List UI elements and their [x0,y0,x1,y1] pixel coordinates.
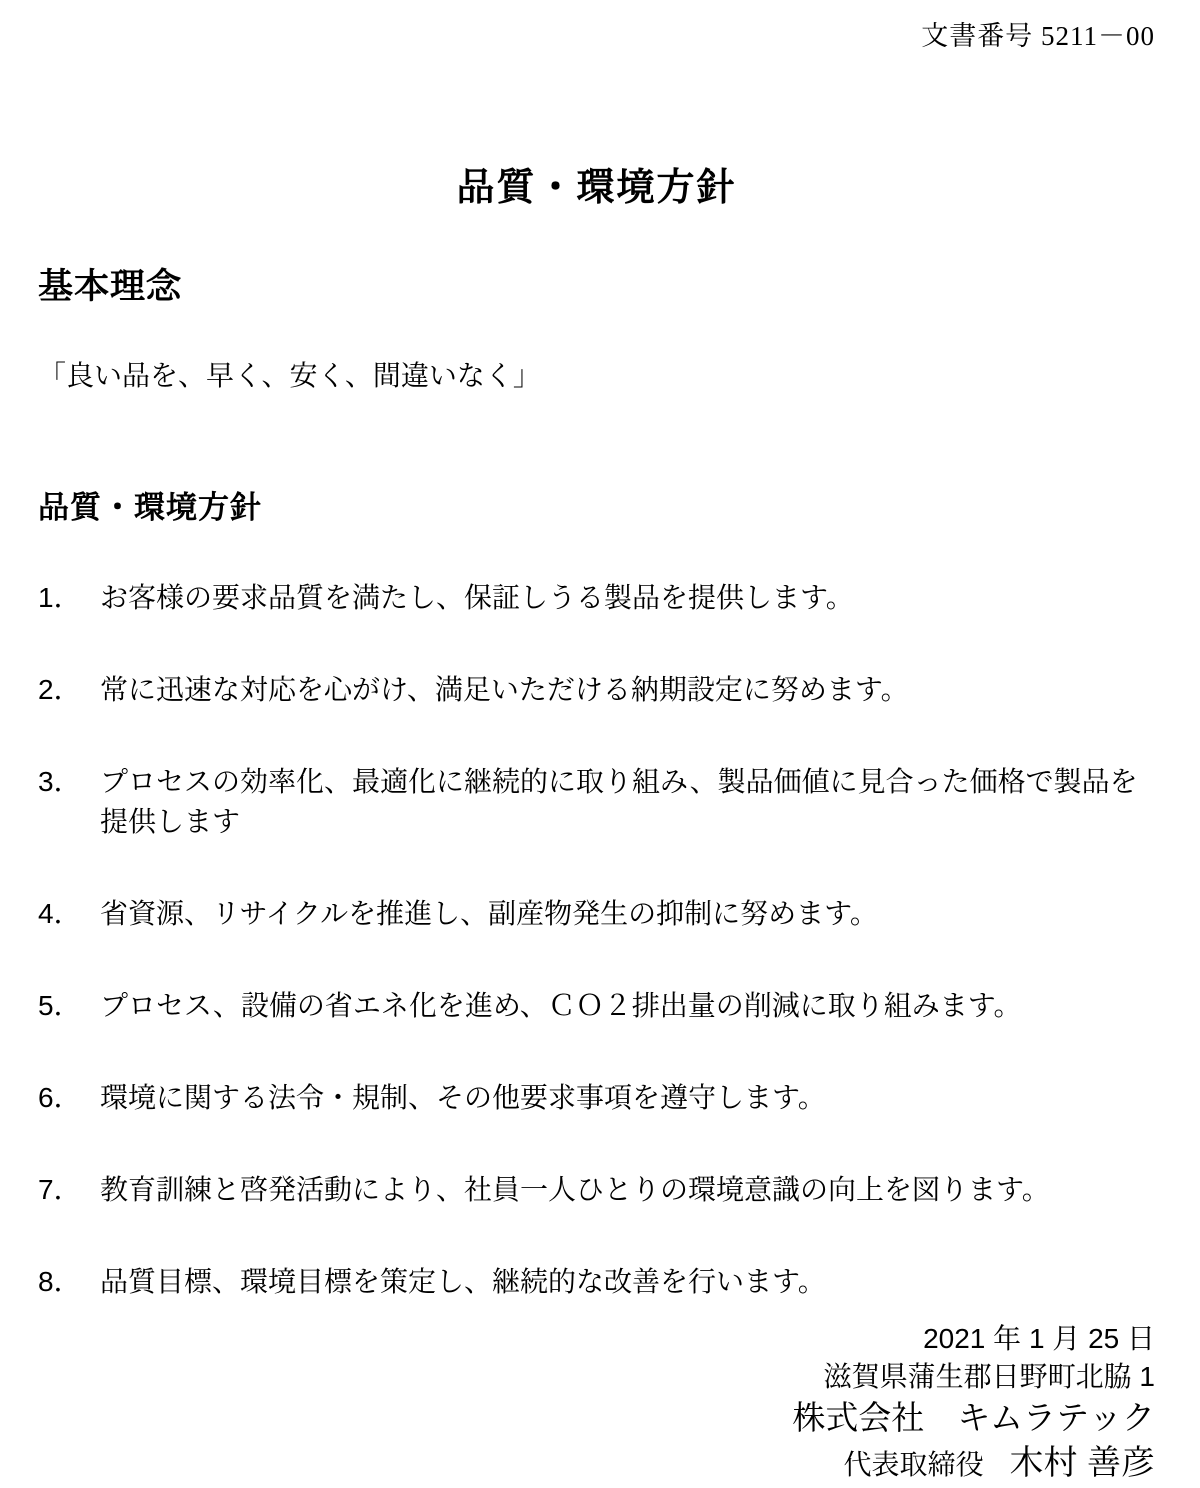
company-address: 滋賀県蒲生郡日野町北脇 1 [38,1358,1155,1396]
representative-name: 木村 善彦 [1010,1444,1155,1482]
representative-line: 代表取締役木村 善彦 [38,1440,1155,1488]
policy-item-3: 3． プロセスの効率化、最適化に継続的に取り組み、製品価値に見合った価格で製品を… [38,762,1155,842]
policy-item-7: 7． 教育訓練と啓発活動により、社員一人ひとりの環境意識の向上を図ります。 [38,1170,1155,1210]
item-text: 常に迅速な対応を心がけ、満足いただける納期設定に努めます。 [100,670,1155,710]
doc-number: 文書番号 5211－00 [38,18,1155,54]
item-text: 品質目標、環境目標を策定し、継続的な改善を行います。 [100,1262,1155,1302]
item-text: プロセス、設備の省エネ化を進め、ＣＯ２排出量の削減に取り組みます。 [100,986,1155,1026]
policy-item-5: 5． プロセス、設備の省エネ化を進め、ＣＯ２排出量の削減に取り組みます。 [38,986,1155,1026]
company-name: 株式会社 キムラテック [38,1396,1155,1440]
policy-item-6: 6． 環境に関する法令・規制、その他要求事項を遵守します。 [38,1078,1155,1118]
item-number: 7． [38,1170,100,1210]
item-number: 4． [38,894,100,934]
item-number: 2． [38,670,100,710]
signature-block: 2021 年 1 月 25 日 滋賀県蒲生郡日野町北脇 1 株式会社 キムラテッ… [38,1320,1155,1488]
policy-item-1: 1． お客様の要求品質を満たし、保証しうる製品を提供します。 [38,578,1155,618]
document-date: 2021 年 1 月 25 日 [38,1320,1155,1358]
item-number: 6． [38,1078,100,1118]
item-text: プロセスの効率化、最適化に継続的に取り組み、製品価値に見合った価格で製品を提供し… [100,762,1155,842]
item-number: 3． [38,762,100,802]
policy-item-2: 2． 常に迅速な対応を心がけ、満足いただける納期設定に努めます。 [38,670,1155,710]
document-page: 文書番号 5211－00 品質・環境方針 基本理念 「良い品を、早く、安く、間違… [0,0,1200,1488]
philosophy-heading: 基本理念 [38,262,1155,312]
policy-item-8: 8． 品質目標、環境目標を策定し、継続的な改善を行います。 [38,1262,1155,1302]
item-text: 環境に関する法令・規制、その他要求事項を遵守します。 [100,1078,1155,1118]
item-text: お客様の要求品質を満たし、保証しうる製品を提供します。 [100,578,1155,618]
item-number: 5． [38,986,100,1026]
item-number: 1． [38,578,100,618]
item-text: 省資源、リサイクルを推進し、副産物発生の抑制に努めます。 [100,894,1155,934]
item-text: 教育訓練と啓発活動により、社員一人ひとりの環境意識の向上を図ります。 [100,1170,1155,1210]
page-title: 品質・環境方針 [38,162,1155,214]
philosophy-quote: 「良い品を、早く、安く、間違いなく」 [38,356,1155,396]
item-number: 8． [38,1262,100,1302]
representative-role: 代表取締役 [844,1449,984,1480]
policy-item-4: 4． 省資源、リサイクルを推進し、副産物発生の抑制に努めます。 [38,894,1155,934]
policy-item-list: 1． お客様の要求品質を満たし、保証しうる製品を提供します。 2． 常に迅速な対… [38,578,1155,1302]
policy-heading: 品質・環境方針 [38,486,1155,530]
